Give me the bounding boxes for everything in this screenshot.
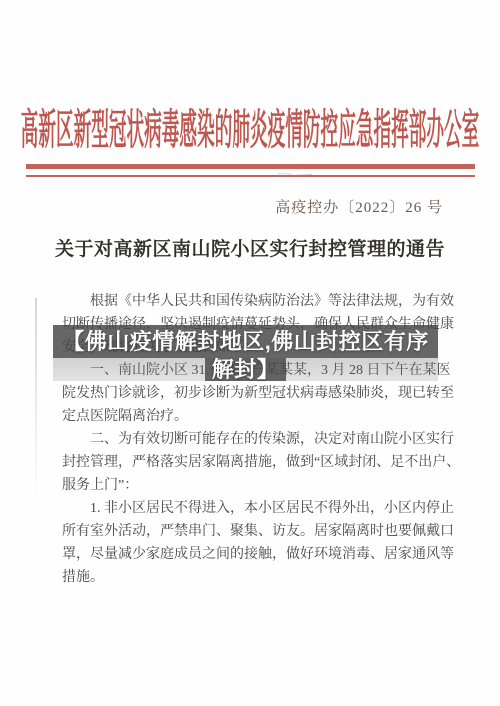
body-line: 二、为有效切断可能存在的传染源，决定对南山院小区实行 bbox=[62, 428, 440, 451]
body-line: 封控管理，严格落实居家隔离措施，做到“区域封闭、足不出户、 bbox=[62, 451, 440, 474]
letterhead-rule-thick bbox=[26, 164, 475, 169]
notice-title: 关于对高新区南山院小区实行封控管理的通告 bbox=[0, 234, 500, 261]
letterhead-rule-thin bbox=[26, 175, 475, 177]
caption-line-1: 【佛山疫情解封地区,佛山封控区有序 bbox=[62, 329, 429, 354]
body-line: 措施。 bbox=[62, 566, 440, 589]
letterhead-org-name: 高新区新型冠状病毒感染的肺炎疫情防控应急指挥部办公室 bbox=[21, 97, 480, 157]
body-line: 根据《中华人民共和国传染病防治法》等法律法规，为有效 bbox=[62, 290, 440, 313]
body-line: 1. 非小区居民不得进入，本小区居民不得外出，小区内停止 bbox=[62, 497, 440, 520]
caption-overlay-band: 【佛山疫情解封地区,佛山封控区有序 解封】 bbox=[53, 325, 438, 381]
body-line: 院发热门诊就诊，初步诊断为新型冠状病毒感染肺炎，现已转至 bbox=[62, 382, 440, 405]
body-line: 服务上门”： bbox=[62, 474, 440, 497]
notice-document-page: 高新区新型冠状病毒感染的肺炎疫情防控应急指挥部办公室 高疫控办〔2022〕26 … bbox=[0, 0, 500, 706]
body-line: 罩，尽量减少家庭成员之间的接触，做好环境消毒、居家通风等 bbox=[62, 543, 440, 566]
document-number: 高疫控办〔2022〕26 号 bbox=[275, 196, 443, 217]
caption-row-1: 【佛山疫情解封地区,佛山封控区有序 bbox=[53, 325, 438, 358]
caption-line-2: 解封】 bbox=[205, 358, 287, 381]
body-line: 所有室外活动，严禁串门、聚集、访友。居家隔离时也要佩戴口 bbox=[62, 520, 440, 543]
scan-fold-artifact bbox=[35, 298, 37, 508]
body-line: 定点医院隔离治疗。 bbox=[62, 405, 440, 428]
caption-row-2: 解封】 bbox=[53, 358, 438, 381]
